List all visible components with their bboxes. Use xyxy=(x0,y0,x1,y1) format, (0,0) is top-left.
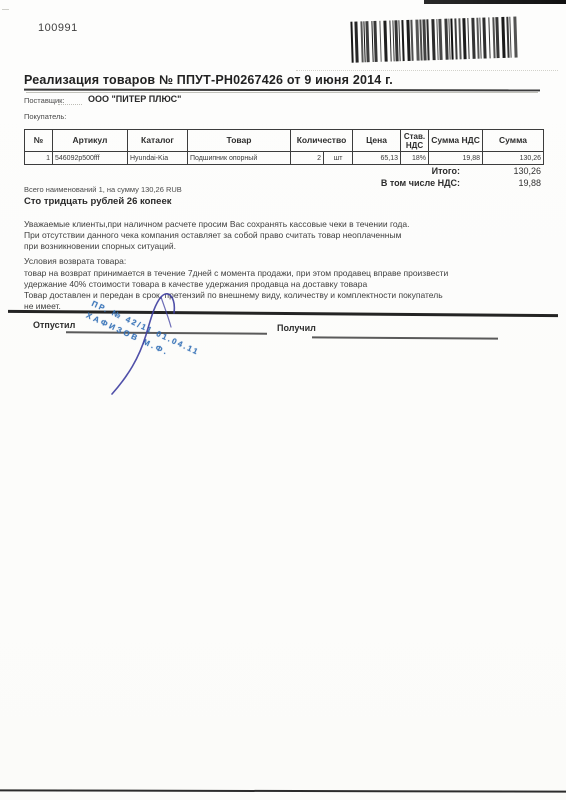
cell-num: 1 xyxy=(25,152,53,165)
barcode-bar xyxy=(401,20,404,61)
title-underline xyxy=(24,89,540,92)
barcode-bar xyxy=(462,18,466,59)
total-value: 130,26 xyxy=(460,166,541,176)
vat-total-value: 19,88 xyxy=(460,178,541,188)
barcode-bar xyxy=(365,21,369,62)
col-header-sum: Сумма xyxy=(483,130,544,152)
col-header-article: Артикул xyxy=(53,130,128,152)
table-row: 1 546092p500fff Hyundai-Kia Подшипник оп… xyxy=(25,152,544,165)
barcode-bar xyxy=(458,18,461,59)
barcode-bar xyxy=(488,17,490,58)
barcode-bar xyxy=(471,18,475,59)
document-title: Реализация товаров № ППУТ-РН0267426 от 9… xyxy=(24,73,554,87)
received-by-label: Получил xyxy=(277,323,316,333)
barcode-bar xyxy=(373,21,377,62)
amount-in-words: Сто тридцать рублей 26 копеек xyxy=(24,196,172,207)
scan-edge-artifact-top xyxy=(424,0,566,4)
barcode-bar xyxy=(398,20,400,61)
barcode-bar xyxy=(438,19,442,60)
pen-signature-stroke xyxy=(0,0,566,800)
return-policy-title: Условия возврата товара: xyxy=(24,256,494,266)
vat-total-label: В том числе НДС: xyxy=(300,178,460,188)
barcode-bar xyxy=(454,18,457,59)
supplier-value: ООО "ПИТЕР ПЛЮС" xyxy=(88,94,181,104)
barcode-bar xyxy=(350,22,353,63)
barcode-bar xyxy=(450,19,453,60)
document-number: 100991 xyxy=(38,22,78,34)
return-policy-line: удержание 40% стоимости товара в качеств… xyxy=(24,279,534,289)
barcode-bar xyxy=(479,18,481,59)
cell-sum: 130,26 xyxy=(483,152,544,165)
total-label: Итого: xyxy=(330,166,460,176)
note-line: При отсутствии данного чека компания ост… xyxy=(24,230,494,240)
note-line: Уважаемые клиенты,при наличном расчете п… xyxy=(24,219,494,229)
barcode-bar xyxy=(501,17,505,58)
cell-vat-sum: 19,88 xyxy=(429,152,483,165)
col-header-price: Цена xyxy=(353,130,401,152)
title-underline-ghost xyxy=(26,92,538,93)
cell-product: Подшипник опорный xyxy=(188,152,291,165)
barcode-bar xyxy=(513,17,517,58)
barcode-bar xyxy=(410,20,413,61)
cell-price: 65,13 xyxy=(353,152,401,165)
cell-qty: 2 xyxy=(291,152,324,165)
buyer-label: Покупатель: xyxy=(24,112,66,121)
scanned-invoice-page: 100991 Реализация товаров № ППУТ-РН02674… xyxy=(0,0,566,800)
barcode-bar xyxy=(467,18,469,59)
barcode-bar xyxy=(383,21,387,62)
barcode-image xyxy=(350,16,524,62)
col-header-product: Товар xyxy=(188,130,291,152)
scan-faint-line xyxy=(296,70,558,71)
barcode-bar xyxy=(431,19,435,60)
note-line: при возникновении спорных ситуаций. xyxy=(24,241,494,251)
barcode-bar xyxy=(389,20,391,61)
barcode-bar xyxy=(426,19,429,60)
scan-edge-artifact-bottom xyxy=(0,789,566,792)
return-policy-line: товар на возврат принимается в течение 7… xyxy=(24,268,534,278)
col-header-vat-rate: Став. НДС xyxy=(401,130,429,152)
cell-vat-rate: 18% xyxy=(401,152,429,165)
barcode-bar xyxy=(509,17,511,58)
items-table: № Артикул Каталог Товар Количество Цена … xyxy=(24,129,544,165)
supplier-dots xyxy=(58,104,82,105)
table-header-row: № Артикул Каталог Товар Количество Цена … xyxy=(25,130,544,152)
return-policy-line: Товар доставлен и передан в срок, претен… xyxy=(24,290,534,300)
released-by-label: Отпустил xyxy=(33,320,75,330)
col-header-qty: Количество xyxy=(291,130,353,152)
col-header-vat-sum: Сумма НДС xyxy=(429,130,483,152)
barcode-bar xyxy=(495,17,499,58)
barcode-bar xyxy=(379,21,381,62)
cell-article: 546092p500fff xyxy=(53,152,128,165)
items-count-line: Всего наименований 1, на сумму 130,26 RU… xyxy=(24,185,182,194)
cell-unit: шт xyxy=(324,152,353,165)
barcode-bar xyxy=(354,22,358,63)
barcode-bar xyxy=(482,17,486,58)
col-header-num: № xyxy=(25,130,53,152)
col-header-catalog: Каталог xyxy=(128,130,188,152)
cell-catalog: Hyundai-Kia xyxy=(128,152,188,165)
received-by-signature-line xyxy=(312,336,498,339)
scan-mark-left xyxy=(2,9,9,10)
